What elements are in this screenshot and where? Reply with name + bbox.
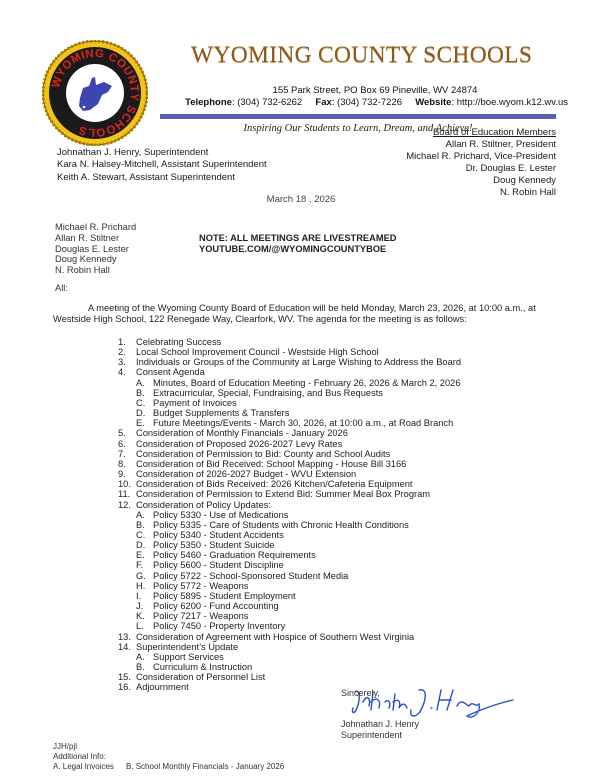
agenda-text: Consideration of Agreement with Hospice … [136, 632, 414, 642]
attachment: B. School Monthly Financials - January 2… [126, 762, 284, 771]
agenda-list: 1.Celebrating Success2.Local School Impr… [118, 337, 461, 692]
agenda-text: Individuals or Groups of the Community a… [136, 357, 461, 367]
administrator: Keith A. Stewart, Assistant Superintende… [57, 172, 267, 184]
agenda-item: 6.Consideration of Proposed 2026-2027 Le… [118, 439, 461, 449]
agenda-subitem: A.Policy 5330 - Use of Medications [118, 510, 461, 520]
agenda-item: 8.Consideration of Bid Received: School … [118, 459, 461, 469]
agenda-subitem-letter: A. [136, 510, 153, 520]
agenda-item: 14.Superintendent’s Update [118, 642, 461, 652]
agenda-subitem: F.Policy 5600 - Student Discipline [118, 560, 461, 570]
livestream-note: NOTE: ALL MEETINGS ARE LIVESTREAMED YOUT… [199, 233, 396, 255]
wyoming-county-schools-seal-icon: WYOMING COUNTY SCHOOLS [42, 40, 148, 146]
youtube-link[interactable]: YOUTUBE.COM/@WYOMINGCOUNTYBOE [199, 244, 396, 255]
recipient: Douglas E. Lester [55, 244, 136, 255]
agenda-number: 11. [118, 489, 136, 499]
signer-name: Johnathan J. Henry [341, 719, 419, 729]
recipient: Doug Kennedy [55, 254, 136, 265]
agenda-item: 10.Consideration of Bids Received: 2026 … [118, 479, 461, 489]
agenda-text: Consideration of Policy Updates: [136, 500, 271, 510]
agenda-subitem-text: Policy 5600 - Student Discipline [153, 560, 284, 570]
agenda-number: 13. [118, 632, 136, 642]
agenda-text: Consideration of Bid Received: School Ma… [136, 459, 406, 469]
agenda-number: 7. [118, 449, 136, 459]
agenda-number: 10. [118, 479, 136, 489]
agenda-subitem: K.Policy 7217 - Weapons [118, 611, 461, 621]
agenda-subitem: D.Policy 5350 - Student Suicide [118, 540, 461, 550]
administrator: Johnathan J. Henry, Superintendent [57, 147, 267, 159]
agenda-number: 6. [118, 439, 136, 449]
agenda-subitem-letter: A. [136, 378, 153, 388]
agenda-number: 5. [118, 428, 136, 438]
typist-initials: JJH/pjl [53, 742, 284, 752]
agenda-item: 15.Consideration of Personnel List [118, 672, 461, 682]
additional-info-label: Additional Info: [53, 752, 284, 762]
telephone-label: Telephone [185, 97, 232, 108]
website-label: Website [415, 97, 451, 108]
administrators-list: Johnathan J. Henry, Superintendent Kara … [57, 147, 267, 184]
agenda-subitem: C.Policy 5340 - Student Accidents [118, 530, 461, 540]
agenda-text: Celebrating Success [136, 337, 221, 347]
agenda-subitem-text: Policy 7450 - Property Inventory [153, 621, 285, 631]
letterhead-title: WYOMING COUNTY SCHOOLS [191, 42, 561, 69]
agenda-subitem-letter: K. [136, 611, 153, 621]
agenda-subitem-text: Extracurricular, Special, Fundraising, a… [153, 388, 383, 398]
agenda-text: Consideration of Proposed 2026-2027 Levy… [136, 439, 342, 449]
agenda-subitem-letter: F. [136, 560, 153, 570]
board-member: Dr. Douglas E. Lester [406, 163, 556, 175]
agenda-subitem-text: Policy 5772 - Weapons [153, 581, 248, 591]
signer-title: Superintendent [341, 730, 419, 740]
agenda-subitem: B.Extracurricular, Special, Fundraising,… [118, 388, 461, 398]
fax-value: : (304) 732-7226 [332, 97, 402, 108]
agenda-number: 15. [118, 672, 136, 682]
agenda-text: Adjournment [136, 682, 189, 692]
agenda-number: 4. [118, 367, 136, 377]
agenda-subitem-letter: H. [136, 581, 153, 591]
agenda-subitem-text: Policy 5460 - Graduation Requirements [153, 550, 316, 560]
agenda-subitem-letter: C. [136, 398, 153, 408]
agenda-subitem: I.Policy 5895 - Student Employment [118, 591, 461, 601]
agenda-subitem-text: Policy 5330 - Use of Medications [153, 510, 288, 520]
agenda-subitem: D.Budget Supplements & Transfers [118, 408, 461, 418]
board-member: Doug Kennedy [406, 175, 556, 187]
letterhead-contact: Telephone: (304) 732-6262 Fax: (304) 732… [168, 97, 568, 108]
agenda-text: Consent Agenda [136, 367, 205, 377]
school-seal-logo: WYOMING COUNTY SCHOOLS [42, 40, 148, 146]
agenda-subitem-letter: C. [136, 530, 153, 540]
agenda-subitem-text: Payment of Invoices [153, 398, 237, 408]
agenda-subitem: A.Support Services [118, 652, 461, 662]
agenda-item: 4.Consent Agenda [118, 367, 461, 377]
agenda-number: 14. [118, 642, 136, 652]
agenda-item: 13.Consideration of Agreement with Hospi… [118, 632, 461, 642]
agenda-subitem-text: Budget Supplements & Transfers [153, 408, 289, 418]
intro-text: A meeting of the Wyoming County Board of… [53, 303, 536, 324]
board-member: Michael R. Prichard, Vice-President [406, 151, 556, 163]
agenda-subitem-letter: B. [136, 520, 153, 530]
agenda-text: Consideration of Permission to Extend Bi… [136, 489, 430, 499]
agenda-subitem: A.Minutes, Board of Education Meeting - … [118, 378, 461, 388]
agenda-subitem: B.Curriculum & Instruction [118, 662, 461, 672]
recipients-list: Michael R. Prichard Allan R. Stiltner Do… [55, 222, 136, 276]
agenda-text: Consideration of Bids Received: 2026 Kit… [136, 479, 413, 489]
agenda-item: 3.Individuals or Groups of the Community… [118, 357, 461, 367]
agenda-number: 2. [118, 347, 136, 357]
agenda-text: Consideration of Permission to Bid: Coun… [136, 449, 390, 459]
agenda-text: Consideration of Personnel List [136, 672, 265, 682]
closing-block: Sincerely, Johnathan J. Henry Superinten… [341, 688, 419, 740]
agenda-subitem-letter: D. [136, 408, 153, 418]
website-link[interactable]: : http://boe.wyom.k12.wv.us [451, 97, 568, 108]
agenda-text: Local School Improvement Council - Wests… [136, 347, 379, 357]
recipient: Allan R. Stiltner [55, 233, 136, 244]
agenda-subitem-text: Policy 5340 - Student Accidents [153, 530, 284, 540]
agenda-subitem: E.Future Meetings/Events - March 30, 202… [118, 418, 461, 428]
agenda-subitem-letter: A. [136, 652, 153, 662]
agenda-subitem: H.Policy 5772 - Weapons [118, 581, 461, 591]
agenda-subitem: B.Policy 5335 - Care of Students with Ch… [118, 520, 461, 530]
agenda-subitem-text: Policy 5335 - Care of Students with Chro… [153, 520, 409, 530]
header-divider [160, 114, 556, 119]
agenda-subitem-text: Policy 7217 - Weapons [153, 611, 248, 621]
agenda-subitem-letter: B. [136, 388, 153, 398]
agenda-text: Consideration of Monthly Financials - Ja… [136, 428, 348, 438]
agenda-subitem: E.Policy 5460 - Graduation Requirements [118, 550, 461, 560]
agenda-item: 9.Consideration of 2026-2027 Budget - WV… [118, 469, 461, 479]
recipient: Michael R. Prichard [55, 222, 136, 233]
attachment: A. Legal Invoices [53, 762, 114, 771]
agenda-subitem-letter: D. [136, 540, 153, 550]
agenda-subitem-text: Curriculum & Instruction [153, 662, 252, 672]
agenda-item: 2.Local School Improvement Council - Wes… [118, 347, 461, 357]
agenda-subitem-letter: E. [136, 418, 153, 428]
agenda-text: Consideration of 2026-2027 Budget - WVU … [136, 469, 356, 479]
agenda-subitem-letter: L. [136, 621, 153, 631]
attachments-list: A. Legal InvoicesB. School Monthly Finan… [53, 762, 284, 772]
agenda-number: 1. [118, 337, 136, 347]
agenda-subitem-letter: J. [136, 601, 153, 611]
board-members-list: Board of Education Members Allan R. Stil… [406, 127, 556, 200]
agenda-subitem-text: Policy 6200 - Fund Accounting [153, 601, 279, 611]
agenda-subitem-text: Policy 5350 - Student Suicide [153, 540, 274, 550]
agenda-subitem-text: Policy 5722 - School-Sponsored Student M… [153, 571, 348, 581]
agenda-item: 5.Consideration of Monthly Financials - … [118, 428, 461, 438]
agenda-subitem-text: Policy 5895 - Student Employment [153, 591, 296, 601]
agenda-subitem-text: Minutes, Board of Education Meeting - Fe… [153, 378, 461, 388]
valediction: Sincerely, [341, 688, 419, 698]
agenda-subitem-letter: E. [136, 550, 153, 560]
agenda-number: 16. [118, 682, 136, 692]
letterhead-address: 155 Park Street, PO Box 69 Pineville, WV… [190, 85, 560, 96]
board-heading: Board of Education Members [406, 127, 556, 139]
telephone-value: : (304) 732-6262 [232, 97, 302, 108]
agenda-subitem: C.Payment of Invoices [118, 398, 461, 408]
note-line: NOTE: ALL MEETINGS ARE LIVESTREAMED [199, 233, 396, 244]
letter-footer: JJH/pjl Additional Info: A. Legal Invoic… [53, 742, 284, 771]
administrator: Kara N. Halsey-Mitchell, Assistant Super… [57, 159, 267, 171]
agenda-item: 12.Consideration of Policy Updates: [118, 500, 461, 510]
agenda-item: 11.Consideration of Permission to Extend… [118, 489, 461, 499]
agenda-subitem-letter: G. [136, 571, 153, 581]
board-member: Allan R. Stiltner, President [406, 139, 556, 151]
agenda-number: 3. [118, 357, 136, 367]
agenda-subitem-letter: I. [136, 591, 153, 601]
agenda-subitem-text: Future Meetings/Events - March 30, 2026,… [153, 418, 453, 428]
salutation: All: [55, 283, 68, 293]
agenda-item: 1.Celebrating Success [118, 337, 461, 347]
agenda-subitem: J.Policy 6200 - Fund Accounting [118, 601, 461, 611]
agenda-subitem: G.Policy 5722 - School-Sponsored Student… [118, 571, 461, 581]
agenda-subitem-text: Support Services [153, 652, 224, 662]
recipient: N. Robin Hall [55, 265, 136, 276]
fax-label: Fax [315, 97, 331, 108]
agenda-subitem-letter: B. [136, 662, 153, 672]
letter-date: March 18 , 2026 [0, 194, 602, 205]
agenda-number: 12. [118, 500, 136, 510]
agenda-number: 8. [118, 459, 136, 469]
agenda-item: 7.Consideration of Permission to Bid: Co… [118, 449, 461, 459]
agenda-text: Superintendent’s Update [136, 642, 238, 652]
agenda-number: 9. [118, 469, 136, 479]
intro-paragraph: A meeting of the Wyoming County Board of… [53, 303, 573, 325]
agenda-subitem: L.Policy 7450 - Property Inventory [118, 621, 461, 631]
